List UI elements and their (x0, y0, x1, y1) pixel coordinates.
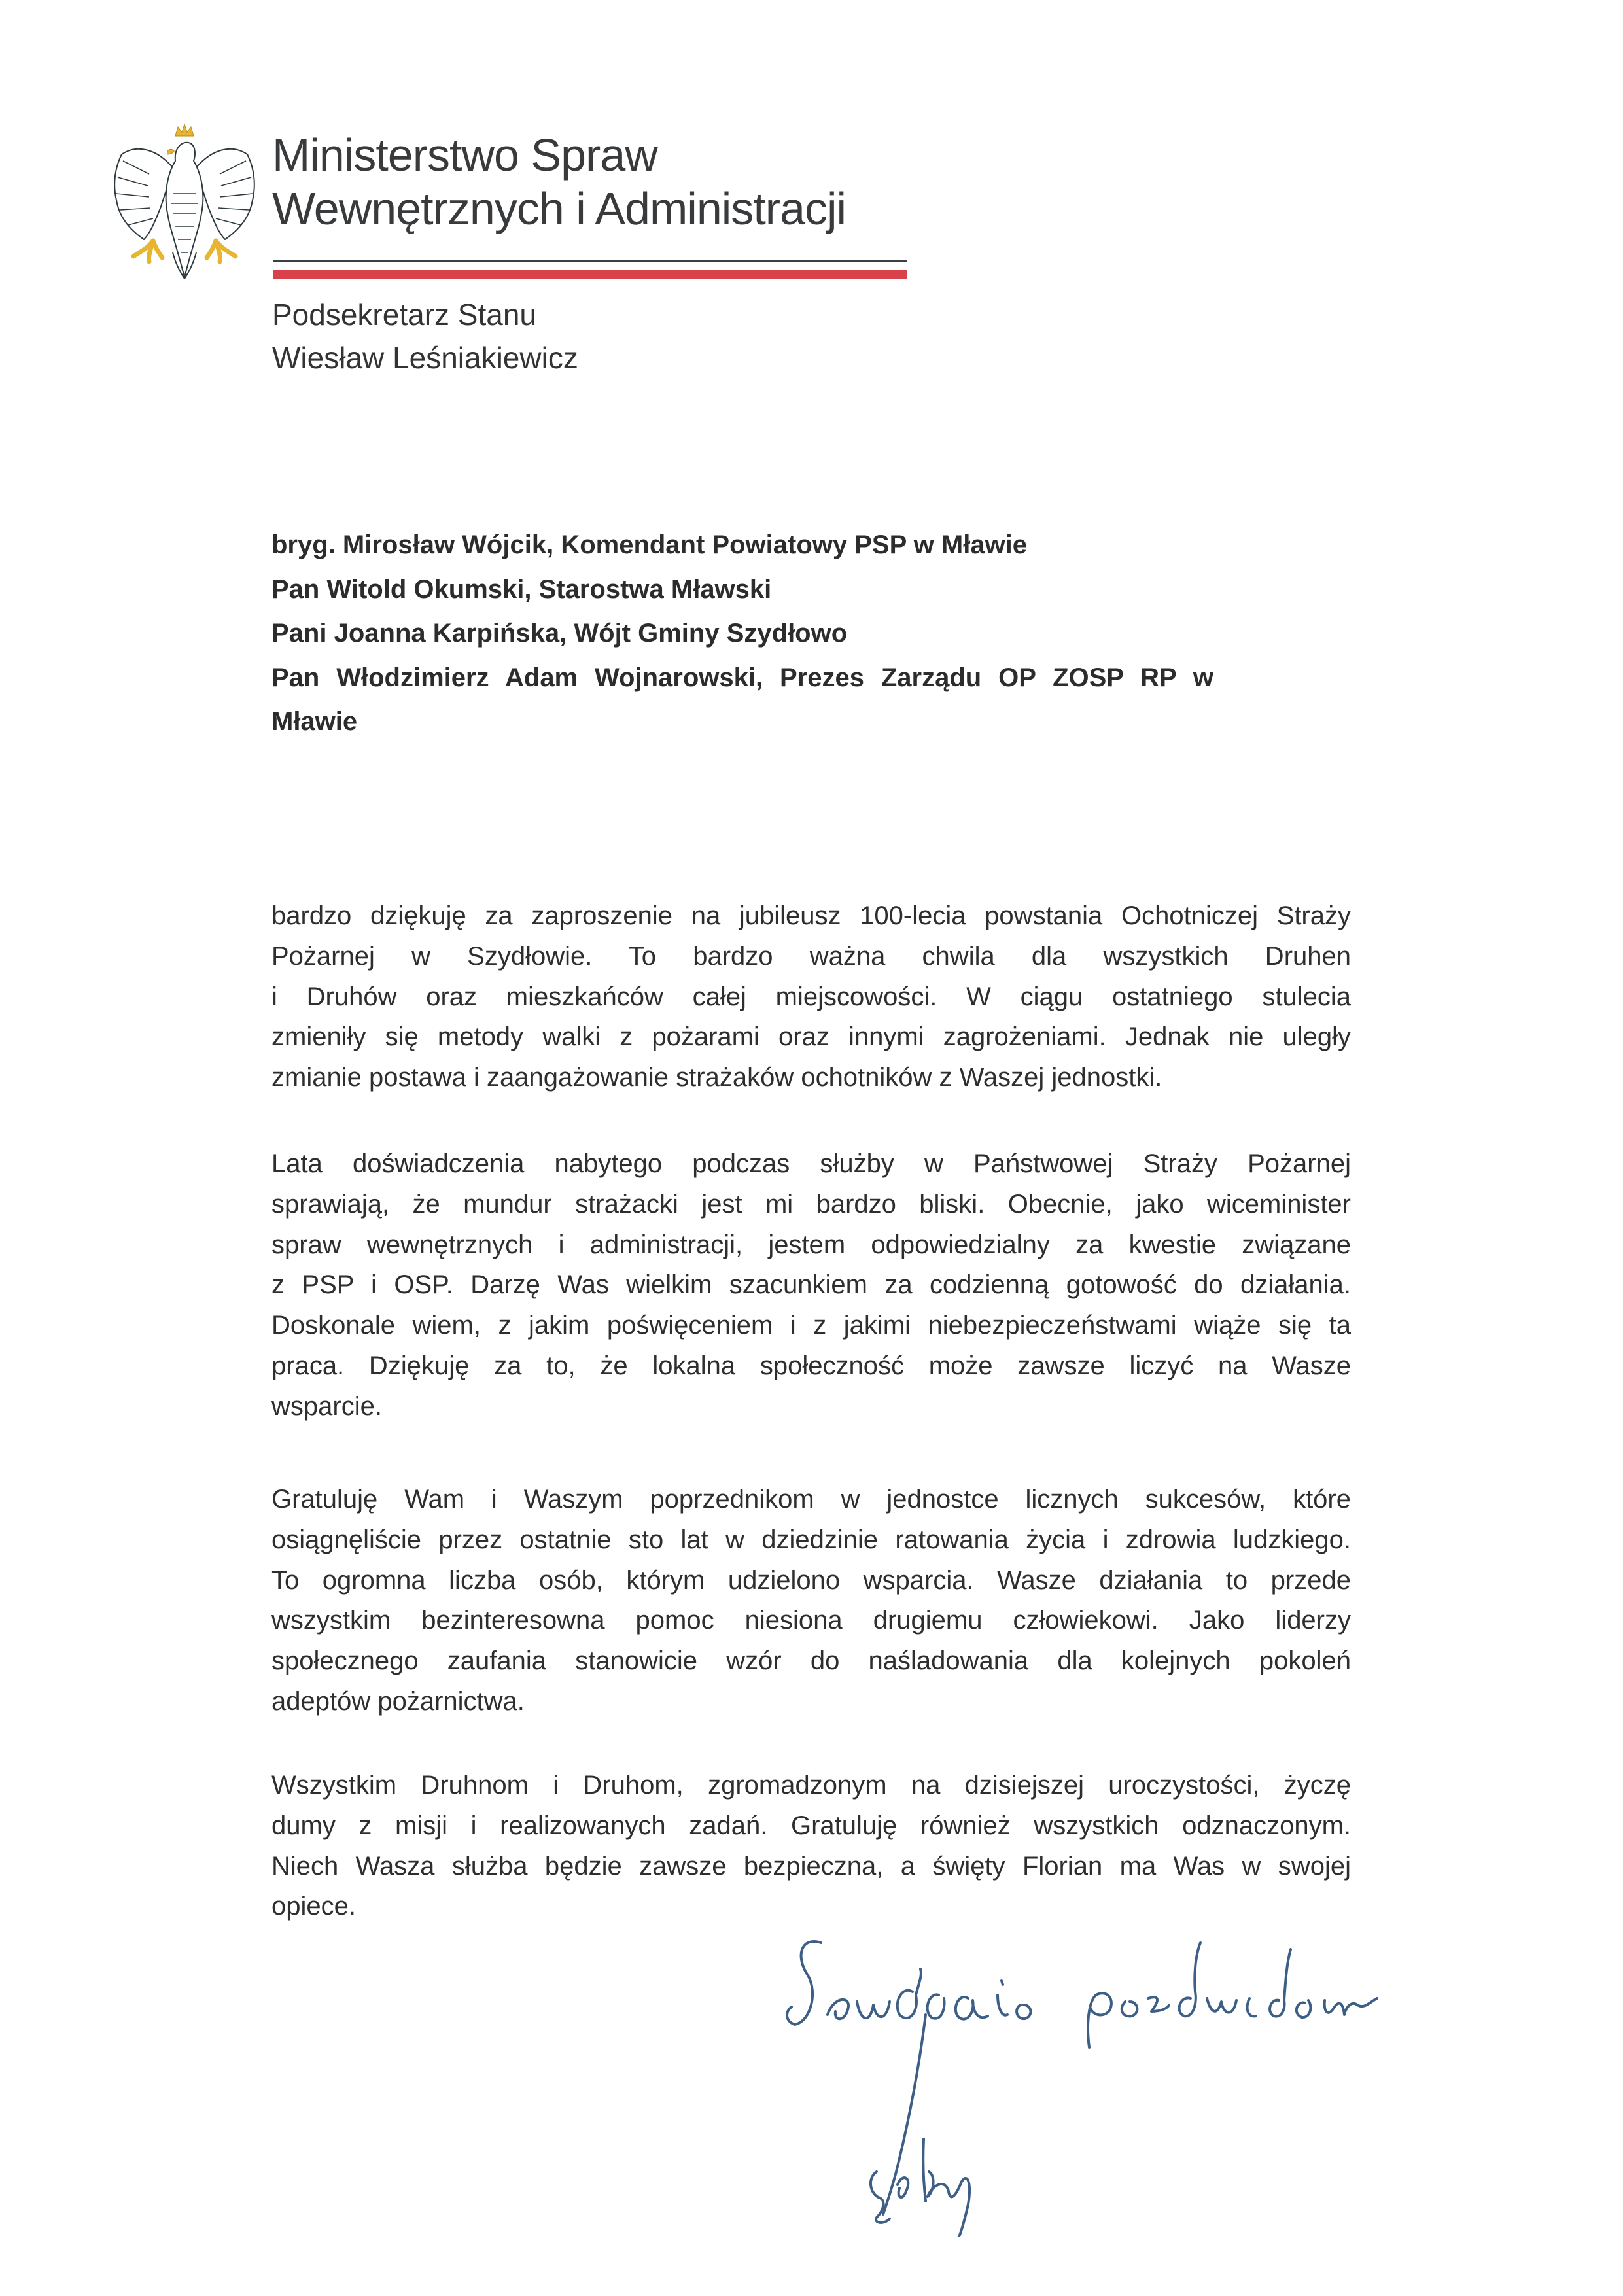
paragraph-line: Lata doświadczenia nabytego podczas służ… (271, 1144, 1351, 1185)
addressee-line: Pan Witold Okumski, Starostwa Mławski (271, 568, 1213, 612)
letter-paragraph-4: Wszystkim Druhnom i Druhom, zgromadzonym… (271, 1765, 1351, 1927)
addressee-block: bryg. Mirosław Wójcik, Komendant Powiato… (271, 523, 1213, 744)
handwritten-signature-icon (850, 1975, 1112, 2237)
paragraph-line: osiągnęliście przez ostatnie sto lat w d… (271, 1520, 1351, 1561)
paragraph-line: To ogromna liczba osób, którym udzielono… (271, 1561, 1351, 1601)
letter-paragraph-3: Gratuluję Wam i Waszym poprzednikom w je… (271, 1480, 1351, 1722)
header-rule-dark (273, 260, 907, 262)
paragraph-line: praca. Dziękuję za to, że lokalna społec… (271, 1346, 1351, 1387)
paragraph-line: Doskonale wiem, z jakim poświęceniem i z… (271, 1306, 1351, 1346)
addressee-line: Mławie (271, 700, 1213, 744)
letter-paragraph-1: bardzo dziękuję za zaproszenie na jubile… (271, 896, 1351, 1098)
paragraph-line: adeptów pożarnictwa. (271, 1682, 1351, 1722)
paragraph-line: Wszystkim Druhnom i Druhom, zgromadzonym… (271, 1765, 1351, 1806)
paragraph-line: bardzo dziękuję za zaproszenie na jubile… (271, 896, 1351, 937)
paragraph-line: Niech Wasza służba będzie zawsze bezpiec… (271, 1847, 1351, 1887)
polish-eagle-emblem-icon (110, 122, 259, 283)
sender-name: Wiesław Leśniakiewicz (272, 336, 578, 379)
addressee-line: bryg. Mirosław Wójcik, Komendant Powiato… (271, 523, 1213, 568)
ministry-name: Ministerstwo Spraw Wewnętrznych i Admini… (272, 128, 926, 235)
letter-paragraph-2: Lata doświadczenia nabytego podczas służ… (271, 1144, 1351, 1427)
sender-block: Podsekretarz Stanu Wiesław Leśniakiewicz (272, 293, 578, 379)
paragraph-line: zmianie postawa i zaangażowanie strażakó… (271, 1058, 1351, 1098)
paragraph-line: Pożarnej w Szydłowie. To bardzo ważna ch… (271, 937, 1351, 977)
paragraph-line: dumy z misji i realizowanych zadań. Grat… (271, 1806, 1351, 1847)
ministry-name-line-1: Ministerstwo Spraw (272, 128, 926, 182)
paragraph-line: opiece. (271, 1887, 1351, 1927)
paragraph-line: wsparcie. (271, 1387, 1351, 1427)
paragraph-line: sprawiają, że mundur strażacki jest mi b… (271, 1185, 1351, 1225)
paragraph-line: wszystkim bezinteresowna pomoc niesiona … (271, 1601, 1351, 1641)
paragraph-line: społecznego zaufania stanowicie wzór do … (271, 1641, 1351, 1682)
paragraph-line: i Druhów oraz mieszkańców całej miejscow… (271, 977, 1351, 1018)
paragraph-line: spraw wewnętrznych i administracji, jest… (271, 1225, 1351, 1266)
paragraph-line: Gratuluję Wam i Waszym poprzednikom w je… (271, 1480, 1351, 1520)
sender-position: Podsekretarz Stanu (272, 293, 578, 336)
ministry-name-line-2: Wewnętrznych i Administracji (272, 182, 926, 235)
paragraph-line: z PSP i OSP. Darzę Was wielkim szacunkie… (271, 1265, 1351, 1306)
paragraph-line: zmieniły się metody walki z pożarami ora… (271, 1017, 1351, 1058)
addressee-line: Pani Joanna Karpińska, Wójt Gminy Szydło… (271, 612, 1213, 656)
addressee-line: Pan Włodzimierz Adam Wojnarowski, Prezes… (271, 656, 1213, 701)
header-rule-red (273, 270, 907, 279)
